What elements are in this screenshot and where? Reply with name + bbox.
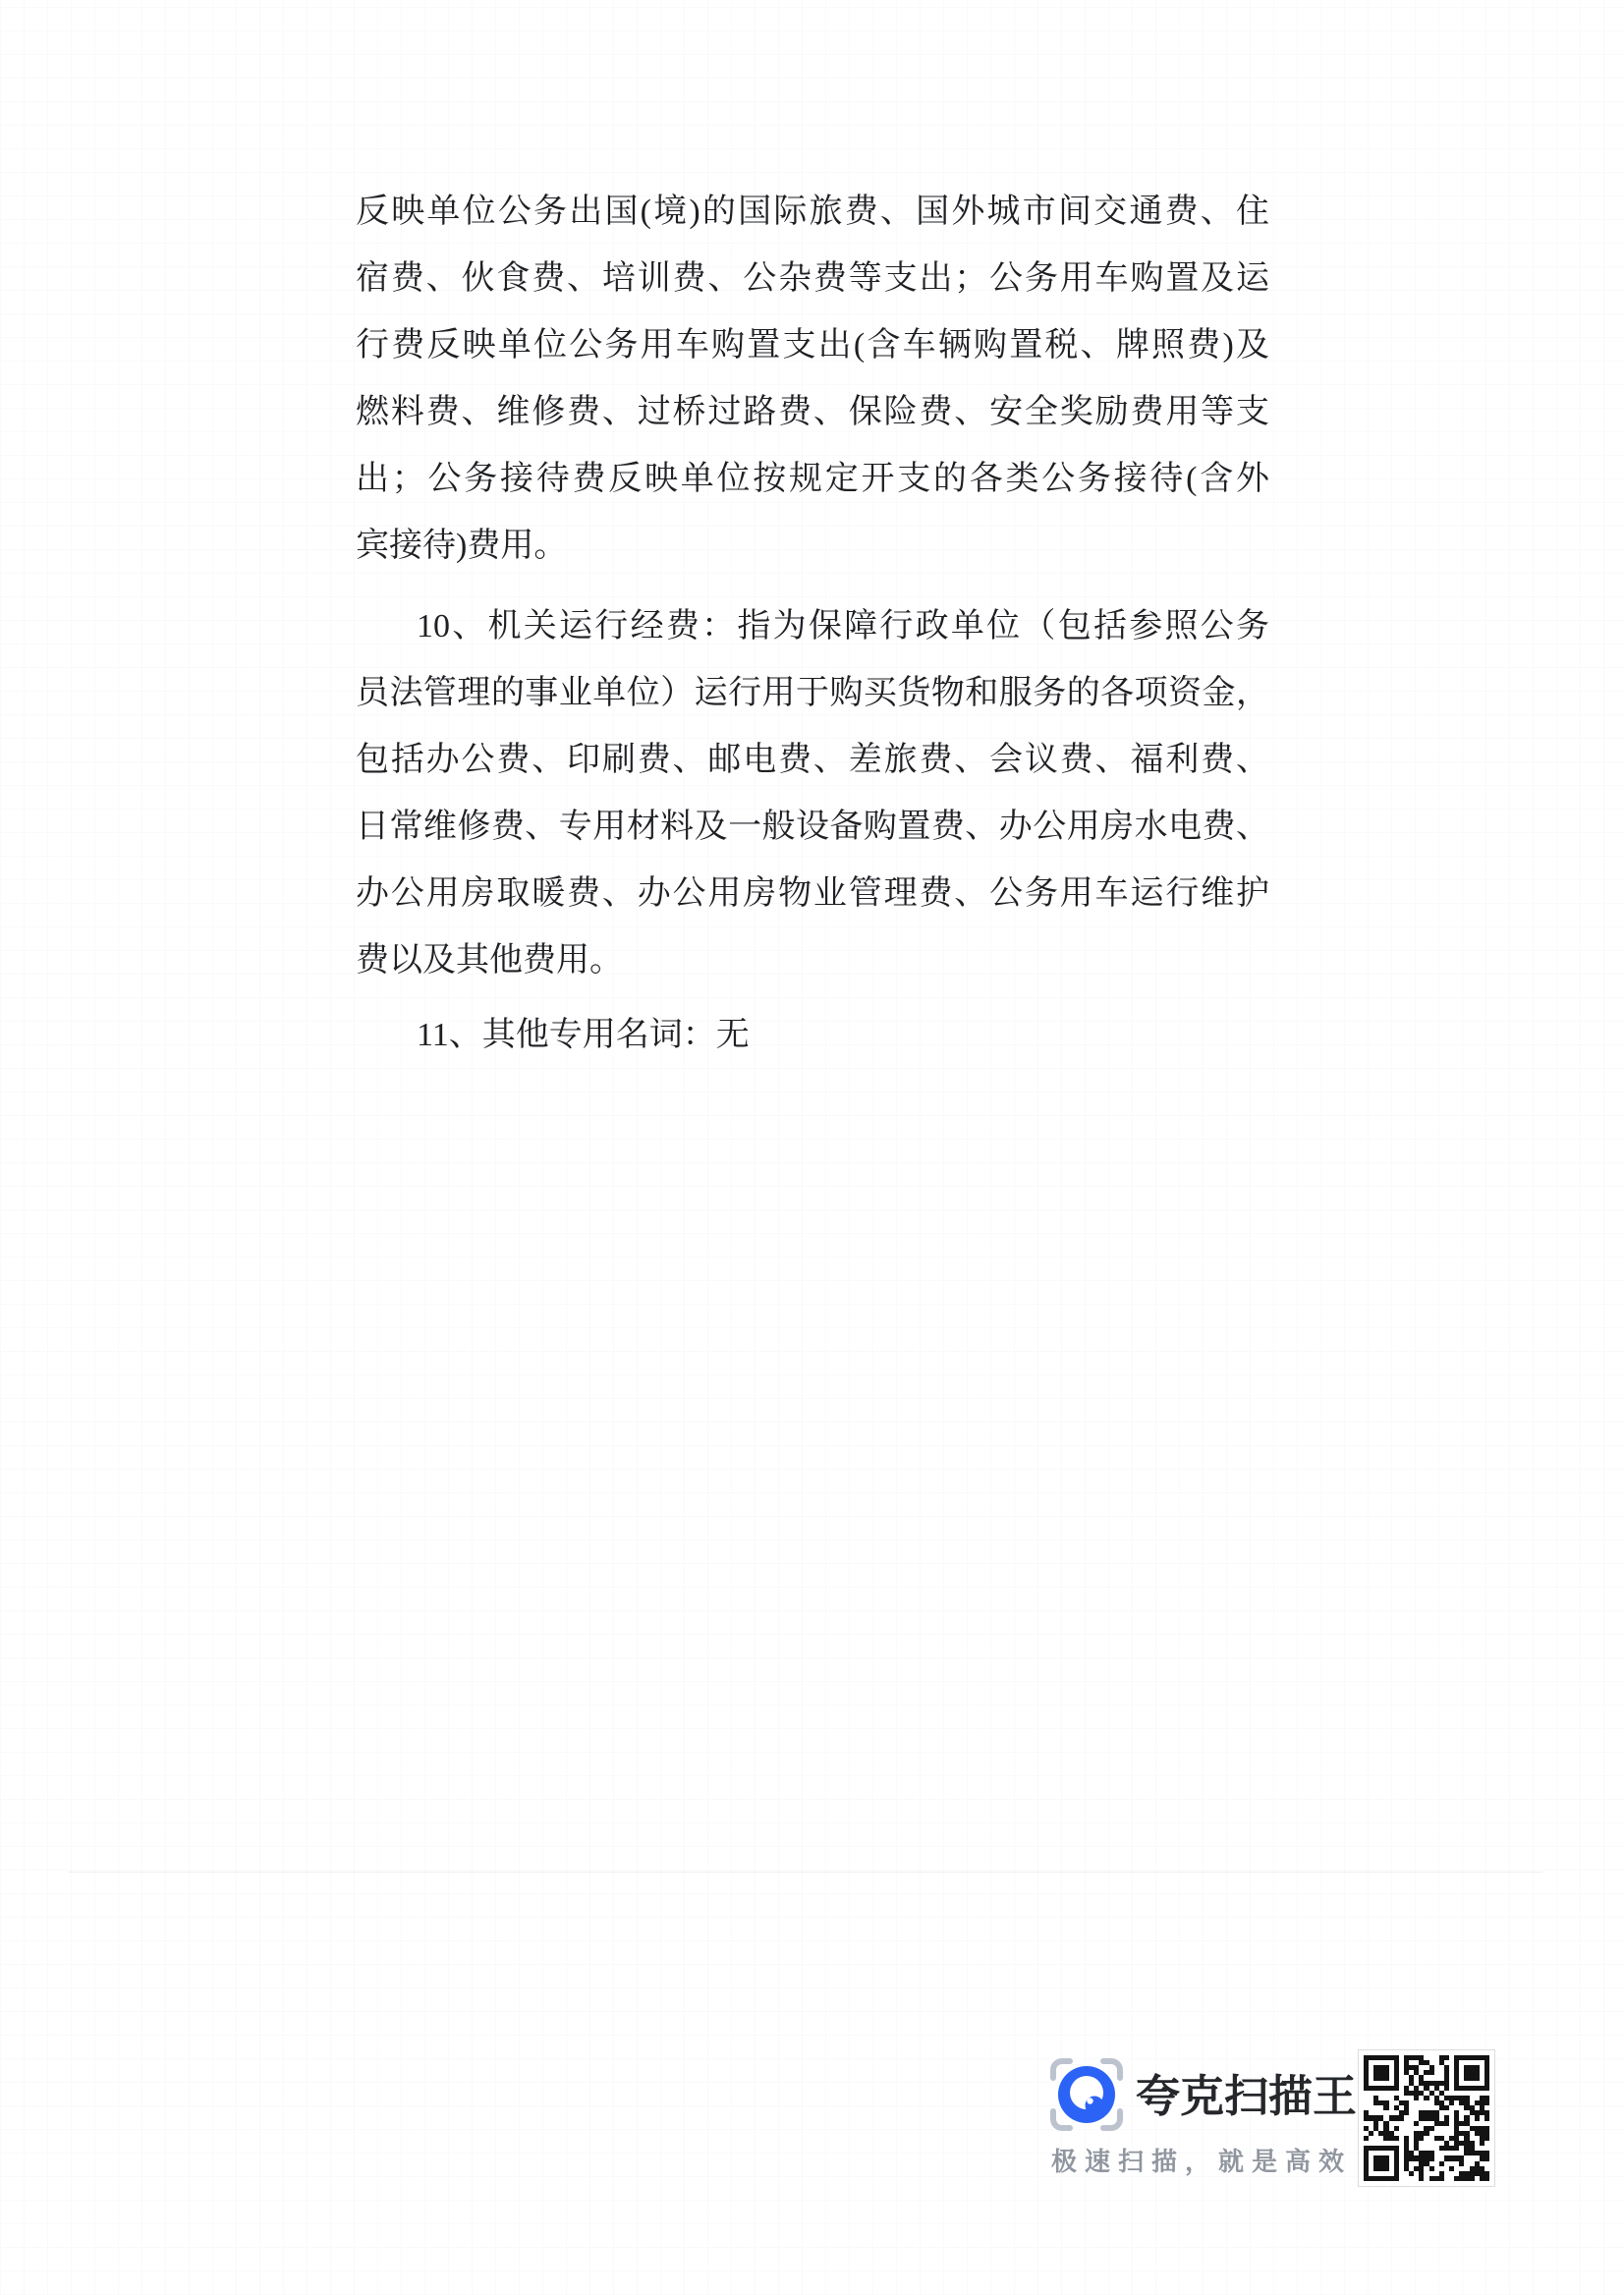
text-line: 员法管理的事业单位）运行用于购买货物和服务的各项资金，: [356, 660, 1269, 727]
text-line: 燃料费、维修费、过桥过路费、保险费、安全奖励费用等支: [356, 379, 1269, 446]
text-line: 日常维修费、专用材料及一般设备购置费、办公用房水电费、: [356, 794, 1269, 861]
text-line: 反映单位公务出国(境)的国际旅费、国外城市间交通费、住: [356, 179, 1269, 246]
watermark-slogan: 极速扫描，就是高效: [1051, 2142, 1346, 2178]
body-text: 反映单位公务出国(境)的国际旅费、国外城市间交通费、住 宿费、伙食费、培训费、公…: [356, 179, 1269, 1069]
text-line: 11、其他专用名词：无: [356, 1002, 1269, 1069]
text-line: 行费反映单位公务用车购置支出(含车辆购置税、牌照费)及: [356, 312, 1269, 379]
text-line: 宿费、伙食费、培训费、公杂费等支出；公务用车购置及运: [356, 246, 1269, 312]
document-page: 反映单位公务出国(境)的国际旅费、国外城市间交通费、住 宿费、伙食费、培训费、公…: [0, 0, 1624, 2295]
qr-code: [1358, 2049, 1495, 2187]
text-line: 办公用房取暖费、办公用房物业管理费、公务用车运行维护: [356, 861, 1269, 927]
text-line: 包括办公费、印刷费、邮电费、差旅费、会议费、福利费、: [356, 727, 1269, 794]
paragraph-item-11: 11、其他专用名词：无: [356, 1002, 1269, 1069]
watermark-brand-title: 夸克扫描王: [1136, 2069, 1346, 2124]
text-line: 10、机关运行经费：指为保障行政单位（包括参照公务: [356, 593, 1269, 660]
paragraph-item-10: 10、机关运行经费：指为保障行政单位（包括参照公务 员法管理的事业单位）运行用于…: [356, 593, 1269, 994]
paragraph-travel-expenses: 反映单位公务出国(境)的国际旅费、国外城市间交通费、住 宿费、伙食费、培训费、公…: [356, 179, 1269, 580]
scan-artifact-line: [69, 1872, 1542, 1873]
quark-logo-icon: [1049, 2057, 1124, 2132]
text-line: 费以及其他费用。: [356, 927, 1269, 994]
text-line: 出；公务接待费反映单位按规定开支的各类公务接待(含外: [356, 446, 1269, 513]
text-line: 宾接待)费用。: [356, 513, 1269, 580]
